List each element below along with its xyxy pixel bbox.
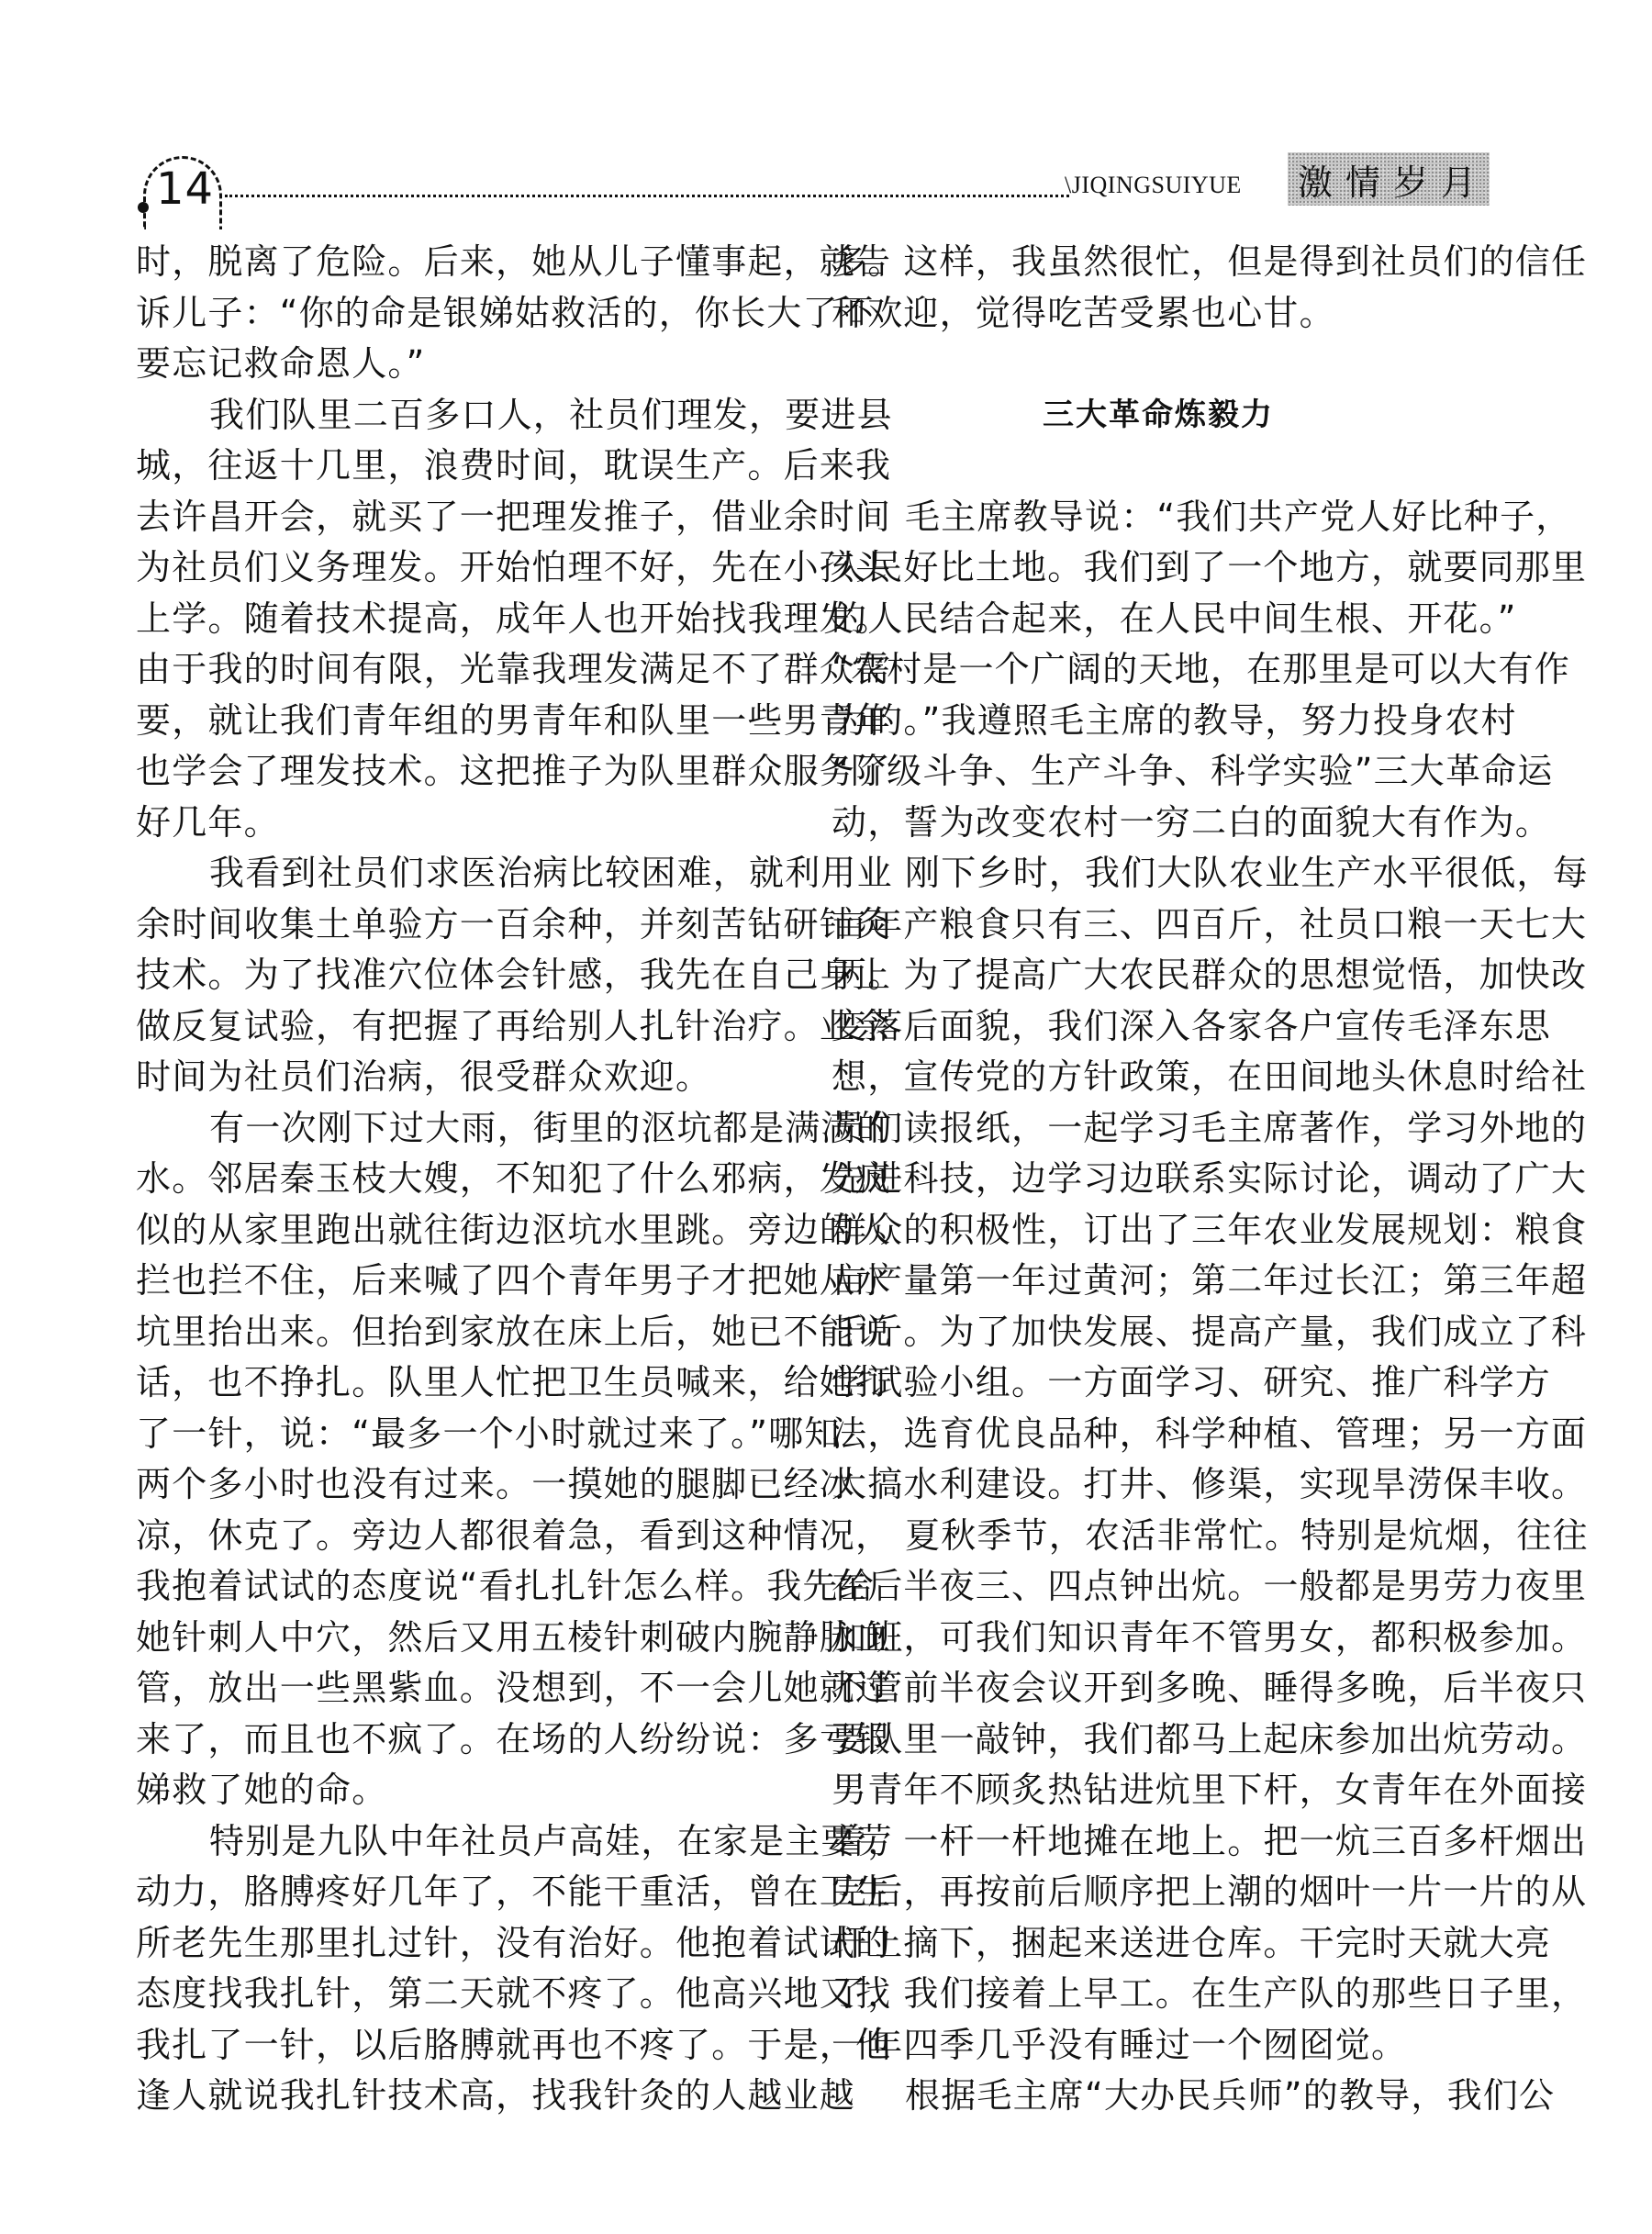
text-line: 态度找我扎针，第二天就不疼了。他高兴地又找 <box>136 1969 780 2020</box>
text-line: 多。这样，我虽然很忙，但是得到社员们的信任 <box>832 237 1485 288</box>
text-line: 她针刺人中穴，然后又用五棱针刺破内腕静脉血 <box>136 1613 780 1664</box>
text-line: 拦也拦不住，后来喊了四个青年男子才把她从水 <box>136 1256 780 1307</box>
paragraph-start-line: 特别是九队中年社员卢高娃，在家是主要劳 <box>136 1816 780 1868</box>
text-line: 所老先生那里扎过针，没有治好。他抱着试试的 <box>136 1918 780 1970</box>
text-line: 着，一杆一杆地摊在地上。把一炕三百多杆烟出 <box>832 1816 1485 1868</box>
text-line: 员们读报纸，一起学习毛主席著作，学习外地的 <box>832 1103 1485 1155</box>
text-line: 完后，再按前后顺序把上潮的烟叶一片一片的从 <box>832 1867 1485 1918</box>
text-line: 好几年。 <box>136 798 780 849</box>
paragraph-start-line: 有一次刚下过大雨，街里的沤坑都是满满的 <box>136 1103 780 1155</box>
text-line: 水。邻居秦玉枝大嫂，不知犯了什么邪病，发疯 <box>136 1154 780 1205</box>
text-line: 为的。”我遵照毛主席的教导，努力投身农村 <box>832 696 1485 747</box>
text-line: 坑里抬出来。但抬到家放在床上后，她已不能说 <box>136 1307 780 1358</box>
paragraph-start-line: 我看到社员们求医治病比较困难，就利用业 <box>136 848 780 899</box>
text-line: 先进科技，边学习边联系实际讨论，调动了广大 <box>832 1154 1485 1205</box>
text-line: 学试验小组。一方面学习、研究、推广科学方 <box>832 1357 1485 1409</box>
text-line: 凉，休克了。旁边人都很着急，看到这种情况， <box>136 1511 780 1562</box>
text-line: 城，往返十几里，浪费时间，耽误生产。后来我 <box>136 441 780 492</box>
text-line: 一年四季几乎没有睡过一个囫囵觉。 <box>832 2020 1485 2072</box>
text-line: 为社员们义务理发。开始怕理不好，先在小孩头 <box>136 542 780 594</box>
text-line: 千斤。为了加快发展、提高产量，我们成立了科 <box>832 1307 1485 1358</box>
text-line: “农村是一个广阔的天地，在那里是可以大有作 <box>832 644 1485 696</box>
paragraph-start-line: 毛主席教导说：“我们共产党人好比种子， <box>832 492 1485 543</box>
text-line: 了，我们接着上早工。在生产队的那些日子里， <box>832 1969 1485 2020</box>
text-line: 上学。随着技术提高，成年人也开始找我理发。 <box>136 594 780 645</box>
text-line: 杆上摘下，捆起来送进仓库。干完时天就大亮 <box>832 1918 1485 1970</box>
text-line: 娣救了她的命。 <box>136 1765 780 1816</box>
text-line: 了一针，说：“最多一个小时就过来了。”哪知 <box>136 1409 780 1460</box>
text-line: 动，誓为改变农村一穷二白的面貌大有作为。 <box>832 798 1485 849</box>
text-line: 我抱着试试的态度说“看扎扎针怎么样。我先给 <box>136 1561 780 1613</box>
text-line: 去许昌开会，就买了一把理发推子，借业余时间 <box>136 492 780 543</box>
text-line: 两。为了提高广大农民群众的思想觉悟，加快改 <box>832 950 1485 1001</box>
page-number-ornament: 14 <box>138 156 225 211</box>
text-line: 亩年产粮食只有三、四百斤，社员口粮一天七大 <box>832 899 1485 951</box>
text-line: 两个多小时也没有过来。一摸她的腿脚已经冰 <box>136 1459 780 1511</box>
text-line: 的人民结合起来，在人民中间生根、开花。” <box>832 594 1485 645</box>
spacer <box>832 441 1485 492</box>
text-line: 做反复试验，有把握了再给别人扎针治疗。业余 <box>136 1001 780 1053</box>
section-heading: 三大革命炼毅力 <box>832 390 1485 441</box>
text-line: 不管前半夜会议开到多晚、睡得多晚，后半夜只 <box>832 1663 1485 1715</box>
text-line: 加班，可我们知识青年不管男女，都积极参加。 <box>832 1613 1485 1664</box>
section-badge: 激情岁月 <box>1288 152 1490 206</box>
text-line: 要队里一敲钟，我们都马上起床参加出炕劳动。 <box>832 1715 1485 1766</box>
text-line: 时间为社员们治病，很受群众欢迎。 <box>136 1052 780 1103</box>
text-line: 诉儿子：“你的命是银娣姑救活的，你长大了不 <box>136 288 780 340</box>
text-line: 群众的积极性，订出了三年农业发展规划：粮食 <box>832 1205 1485 1257</box>
paragraph-start-line: 刚下乡时，我们大队农业生产水平很低，每 <box>832 848 1485 899</box>
dotted-leader-line <box>225 195 1069 197</box>
text-line: 也学会了理发技术。这把推子为队里群众服务了 <box>136 746 780 798</box>
text-line: 管，放出一些黑紫血。没想到，不一会儿她就过 <box>136 1663 780 1715</box>
text-line: 变落后面貌，我们深入各家各户宣传毛泽东思 <box>832 1001 1485 1053</box>
text-line: 我扎了一针，以后胳膊就再也不疼了。于是，他 <box>136 2020 780 2072</box>
right-column: 多。这样，我虽然很忙，但是得到社员们的信任 和欢迎，觉得吃苦受累也心甘。 三大革… <box>832 237 1485 2122</box>
text-line: 逢人就说我扎针技术高，找我针灸的人越业越 <box>136 2071 780 2122</box>
dot-icon <box>138 202 149 213</box>
text-line: 大搞水利建设。打井、修渠，实现旱涝保丰收。 <box>832 1459 1485 1511</box>
text-line: 时，脱离了危险。后来，她从儿子懂事起，就告 <box>136 237 780 288</box>
text-line: “阶级斗争、生产斗争、科学实验”三大革命运 <box>832 746 1485 798</box>
paragraph-start-line: 夏秋季节，农活非常忙。特别是炕烟，往往 <box>832 1511 1485 1562</box>
text-line: 来了，而且也不疯了。在场的人纷纷说：多亏银 <box>136 1715 780 1766</box>
text-line: 法，选育优良品种，科学种植、管理；另一方面 <box>832 1409 1485 1460</box>
text-line: 人民好比土地。我们到了一个地方，就要同那里 <box>832 542 1485 594</box>
text-line: 在后半夜三、四点钟出炕。一般都是男劳力夜里 <box>832 1561 1485 1613</box>
spacer <box>832 339 1485 390</box>
text-line: 话，也不挣扎。队里人忙把卫生员喊来，给她打 <box>136 1357 780 1409</box>
text-line: 由于我的时间有限，光靠我理发满足不了群众需 <box>136 644 780 696</box>
text-line: 要忘记救命恩人。” <box>136 339 780 390</box>
text-line: 男青年不顾炙热钻进炕里下杆，女青年在外面接 <box>832 1765 1485 1816</box>
text-line: 要，就让我们青年组的男青年和队里一些男青年 <box>136 696 780 747</box>
page-header: 14 \JIQINGSUIYUE 激情岁月 <box>0 0 1652 220</box>
page-number: 14 <box>156 163 214 215</box>
text-line: 似的从家里跑出就往街边沤坑水里跳。旁边的人 <box>136 1205 780 1257</box>
paragraph-start-line: 根据毛主席“大办民兵师”的教导，我们公 <box>832 2071 1485 2122</box>
running-head: \JIQINGSUIYUE <box>1065 171 1242 200</box>
paragraph-start-line: 我们队里二百多口人，社员们理发，要进县 <box>136 390 780 441</box>
text-line: 和欢迎，觉得吃苦受累也心甘。 <box>832 288 1485 340</box>
left-column: 时，脱离了危险。后来，她从儿子懂事起，就告 诉儿子：“你的命是银娣姑救活的，你长… <box>136 237 780 2122</box>
text-line: 动力，胳膊疼好几年了，不能干重活，曾在卫生 <box>136 1867 780 1918</box>
text-line: 亩产量第一年过黄河；第二年过长江；第三年超 <box>832 1256 1485 1307</box>
text-line: 想，宣传党的方针政策，在田间地头休息时给社 <box>832 1052 1485 1103</box>
text-line: 技术。为了找准穴位体会针感，我先在自己身上 <box>136 950 780 1001</box>
text-line: 余时间收集土单验方一百余种，并刻苦钻研针灸 <box>136 899 780 951</box>
